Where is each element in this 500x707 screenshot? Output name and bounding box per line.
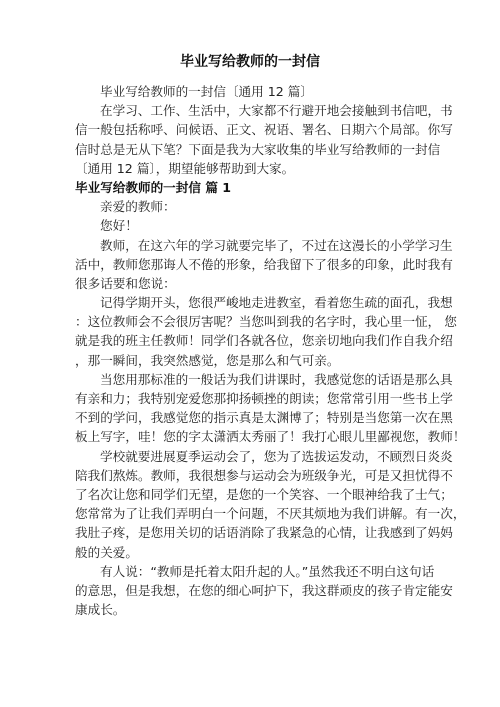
text-line: 就是我的班主任教师！同学们各就各位，您亲切地向我们作自我介绍 — [75, 331, 425, 350]
text-line: 我肚子疼，是您用关切的话语消除了我紧急的心情，让我感到了妈妈 — [75, 523, 425, 542]
text-line: 学校就要进展夏季运动会了，您为了选拔运发动，不顾烈日炎炎 — [75, 447, 425, 466]
text-line: 信时总是无从下笔？下面是我为大家收集的毕业写给教师的一封信 — [75, 140, 425, 159]
text-line: 有亲和力；我特别宠爱您那抑扬顿挫的朗读；您常常引用一些书上学 — [75, 389, 425, 408]
text-line: 当您用那标准的一般话为我们讲课时，我感觉您的话语是那么具 — [75, 370, 425, 389]
letter-paragraph: 教师，在这六年的学习就要完毕了，不过在这漫长的小学学习生 活中，教师您那诲人不倦… — [75, 236, 425, 294]
letter-salutation: 亲爱的教师： — [75, 197, 425, 216]
letter-paragraph: 当您用那标准的一般话为我们讲课时，我感觉您的话语是那么具 有亲和力；我特别宠爱您… — [75, 370, 425, 447]
section-heading: 毕业写给教师的一封信 篇 1 — [75, 178, 425, 197]
text-line: 您常常为了让我们弄明白一个问题，不厌其烦地为我们讲解。有一次， — [75, 504, 425, 523]
letter-paragraph: 记得学期开头，您很严峻地走进教室，看着您生疏的面孔，我想 ：这位教师会不会很厉害… — [75, 293, 425, 370]
intro-subtitle: 毕业写给教师的一封信〔通用 12 篇〕 — [75, 82, 425, 101]
text-line: 的意思，但是我想，在您的细心呵护下，我这群顽皮的孩子肯定能安 — [75, 581, 425, 600]
intro-paragraph: 在学习、工作、生活中，大家都不行避开地会接触到书信吧，书 信一般包括称呼、问候语… — [75, 101, 425, 178]
document-page: 毕业写给教师的一封信 毕业写给教师的一封信〔通用 12 篇〕 在学习、工作、生活… — [0, 0, 500, 707]
document-body: 毕业写给教师的一封信〔通用 12 篇〕 在学习、工作、生活中，大家都不行避开地会… — [75, 82, 425, 619]
text-line: 陪我们熬炼。教师，我很想参与运动会为班级争光，可是又担忧得不 — [75, 466, 425, 485]
text-line: 有人说：“教师是托着太阳升起的人。”虽然我还不明白这句话 — [75, 562, 425, 581]
text-line: ：这位教师会不会很厉害呢？当您叫到我的名字时，我心里一怔， 您 — [75, 312, 425, 331]
text-line: 〔通用 12 篇〕，期望能够帮助到大家。 — [75, 159, 425, 178]
text-line: 很多话要和您说： — [75, 274, 425, 293]
letter-paragraph: 有人说：“教师是托着太阳升起的人。”虽然我还不明白这句话 的意思，但是我想，在您… — [75, 562, 425, 620]
text-line: 康成长。 — [75, 600, 425, 619]
document-title: 毕业写给教师的一封信 — [0, 51, 500, 71]
text-line: 信一般包括称呼、问候语、正文、祝语、署名、日期六个局部。你写 — [75, 120, 425, 139]
text-line: 不到的学问，我感觉您的指示真是太渊博了；特别是当您第一次在黑 — [75, 408, 425, 427]
text-line: 记得学期开头，您很严峻地走进教室，看着您生疏的面孔，我想 — [75, 293, 425, 312]
text-line: 活中，教师您那诲人不倦的形象，给我留下了很多的印象，此时我有 — [75, 255, 425, 274]
text-line: 了名次让您和同学们无望，是您的一个笑容、一个眼神给我了士气； — [75, 485, 425, 504]
letter-greeting: 您好！ — [75, 216, 425, 235]
text-line: 板上写字，哇！您的字太潇洒太秀丽了！我打心眼儿里鄙视您，教师！ — [75, 427, 425, 446]
text-line: 教师，在这六年的学习就要完毕了，不过在这漫长的小学学习生 — [75, 236, 425, 255]
text-line: 般的关爱。 — [75, 543, 425, 562]
text-line: 在学习、工作、生活中，大家都不行避开地会接触到书信吧，书 — [75, 101, 425, 120]
text-line: ，那一瞬间，我突然感觉，您是那么和气可亲。 — [75, 351, 425, 370]
letter-paragraph: 学校就要进展夏季运动会了，您为了选拔运发动，不顾烈日炎炎 陪我们熬炼。教师，我很… — [75, 447, 425, 562]
